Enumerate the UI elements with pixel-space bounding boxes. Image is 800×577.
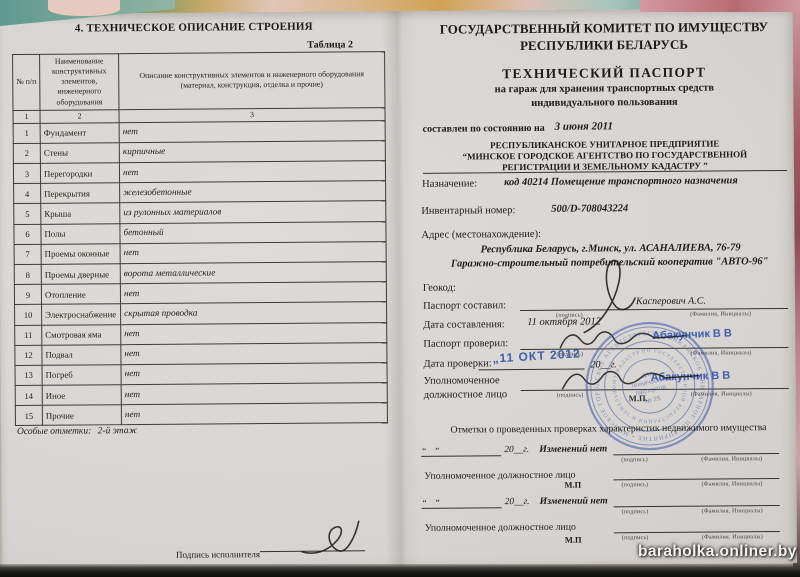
col-header-desc: Описание конструктивных элементов и инже… <box>119 52 385 110</box>
row-name: Перегородки <box>40 163 119 184</box>
row-name: Иное <box>42 385 121 406</box>
row-desc: ворота металлические <box>120 262 386 284</box>
row-desc: нет <box>121 322 387 344</box>
inventory-value: 500/D-708043224 <box>551 203 628 215</box>
col-number: 2 <box>40 109 119 123</box>
official-label: Уполномоченное должностное лицо <box>425 522 576 534</box>
signature-hint: (подпись) <box>622 509 649 515</box>
name-hint: (Фамилия, Инициалы) <box>702 508 763 514</box>
row-num: 14 <box>15 385 42 405</box>
geocode-label: Геокод: <box>423 283 456 294</box>
state-date-value: 3 июня 2011 <box>555 120 613 132</box>
fabric-pink-patch-right <box>640 0 800 12</box>
passport-made-label: Паспорт составил: <box>423 300 506 312</box>
row-name: Смотровая яма <box>42 324 121 345</box>
row-name: Крыша <box>41 203 120 224</box>
row-desc: нет <box>120 282 386 304</box>
row-num: 9 <box>14 284 41 304</box>
signature-hint: (подпись) <box>621 457 648 463</box>
row-num: 6 <box>14 224 41 244</box>
official-label-line2: должностное лицо <box>424 389 507 401</box>
year-blank: 20__г. <box>505 497 530 507</box>
executor-signature-label: Подпись исполнителя <box>176 549 260 560</box>
row-desc: нет <box>121 383 387 405</box>
row-desc: нет <box>121 362 387 384</box>
row-num: 10 <box>15 305 42 325</box>
row-name: Отопление <box>41 284 120 305</box>
row-num: 8 <box>14 264 41 284</box>
row-num: 5 <box>14 204 41 224</box>
row-desc: нет <box>119 120 385 142</box>
address-label: Адрес (местонахождение): <box>421 229 541 241</box>
no-changes-note: Изменений нет <box>539 443 607 455</box>
row-name: Погреб <box>42 365 121 386</box>
special-notes: Особые отметки: 2-й этаж <box>17 426 137 437</box>
row-num: 13 <box>15 365 42 385</box>
row-name: Проемы дверные <box>41 264 120 285</box>
row-num: 1 <box>13 123 40 143</box>
table-caption: Таблица 2 <box>295 39 353 50</box>
executor-signature <box>298 517 364 560</box>
row-desc: нет <box>121 342 387 364</box>
row-name: Проемы оконные <box>41 243 120 264</box>
watermark: baraholka.onliner.by <box>638 543 797 561</box>
row-name: Прочие <box>42 405 121 426</box>
scanned-document-photo: 4. ТЕХНИЧЕСКОЕ ОПИСАНИЕ СТРОЕНИЯ Таблица… <box>0 0 800 577</box>
col-header-name: Наименование конструктивных элементов, и… <box>40 54 119 110</box>
row-num: 3 <box>13 163 40 183</box>
special-notes-value: 2-й этаж <box>98 426 138 436</box>
purpose-value: код 40214 Помещение транспортного назнач… <box>504 175 738 188</box>
mp-label: М.П <box>565 535 582 545</box>
row-name: Электроснабжение <box>42 304 121 325</box>
col-number: 1 <box>13 110 40 123</box>
committee-line1: ГОСУДАРСТВЕННЫЙ КОМИТЕТ ПО ИМУЩЕСТВУ <box>418 19 790 38</box>
year-blank: 20__г. <box>504 445 529 455</box>
name-hint: (Фамилия, Инициалы) <box>701 456 762 462</box>
row-name: Перекрытия <box>41 183 120 204</box>
photo-bottom-shadow <box>0 564 800 577</box>
date-quotes: “ ” <box>422 446 439 456</box>
row-num: 7 <box>14 244 41 264</box>
row-name: Полы <box>41 223 120 244</box>
state-date-label: составлен по состоянию на <box>423 123 545 135</box>
round-seal-stamp: РЕСПУБЛИКАНСКОЕ УНИТАРНОЕ ПРЕДПРИЯТИЕ • … <box>570 306 730 466</box>
special-notes-label: Особые отметки: <box>17 426 91 437</box>
row-desc: нет <box>120 241 386 263</box>
row-num: 4 <box>14 184 41 204</box>
seal-inner-line: № 25 <box>644 395 662 405</box>
committee-line2: РЕСПУБЛИКИ БЕЛАРУСЬ <box>418 36 790 55</box>
row-name: Фундамент <box>40 122 119 143</box>
inventory-label: Инвентарный номер: <box>421 205 515 217</box>
check-date-label: Дата проверки: <box>423 358 491 370</box>
no-changes-note: Изменений нет <box>540 495 608 507</box>
name-hint: (Фамилия, Инициалы) <box>702 534 763 540</box>
row-desc: кирпичные <box>119 140 385 162</box>
signature-hint: (подпись) <box>621 482 648 488</box>
row-num: 2 <box>13 143 40 163</box>
date-quotes: “ ” <box>423 498 440 508</box>
technical-description-table: № п/п Наименование конструктивных элемен… <box>12 51 388 426</box>
row-desc: нет <box>119 161 385 183</box>
purpose-label: Назначение: <box>422 178 477 189</box>
row-desc: скрытая проводка <box>121 302 387 324</box>
mp-label: М.П <box>564 480 581 490</box>
page-fold-shadow <box>382 11 420 566</box>
name-hint: (Фамилия, Инициалы) <box>701 481 762 487</box>
row-num: 15 <box>15 406 42 426</box>
official-label-line1: Уполномоченное <box>424 375 500 387</box>
passport-checked-label: Паспорт проверил: <box>423 338 508 350</box>
row-desc: железобетонные <box>120 181 386 203</box>
row-num: 11 <box>15 325 42 345</box>
row-desc: из рулонных материалов <box>120 201 386 223</box>
fabric-pink-blob <box>48 0 120 16</box>
col-header-num: № п/п <box>13 54 40 110</box>
row-desc: нет <box>121 403 387 425</box>
signature-hint: (подпись) <box>622 535 649 541</box>
official-label: Уполномоченное должностное лицо <box>424 470 575 482</box>
row-num: 12 <box>15 345 42 365</box>
document-tilt-group: 4. ТЕХНИЧЕСКОЕ ОПИСАНИЕ СТРОЕНИЯ Таблица… <box>0 0 800 577</box>
row-name: Подвал <box>42 344 121 365</box>
row-desc: бетонный <box>120 221 386 243</box>
made-date-label: Дата составления: <box>423 319 505 331</box>
row-name: Стены <box>40 143 119 164</box>
doc-title: ТЕХНИЧЕСКИЙ ПАСПОРТ <box>418 64 790 83</box>
table-row: 15Прочиенет <box>15 403 387 426</box>
